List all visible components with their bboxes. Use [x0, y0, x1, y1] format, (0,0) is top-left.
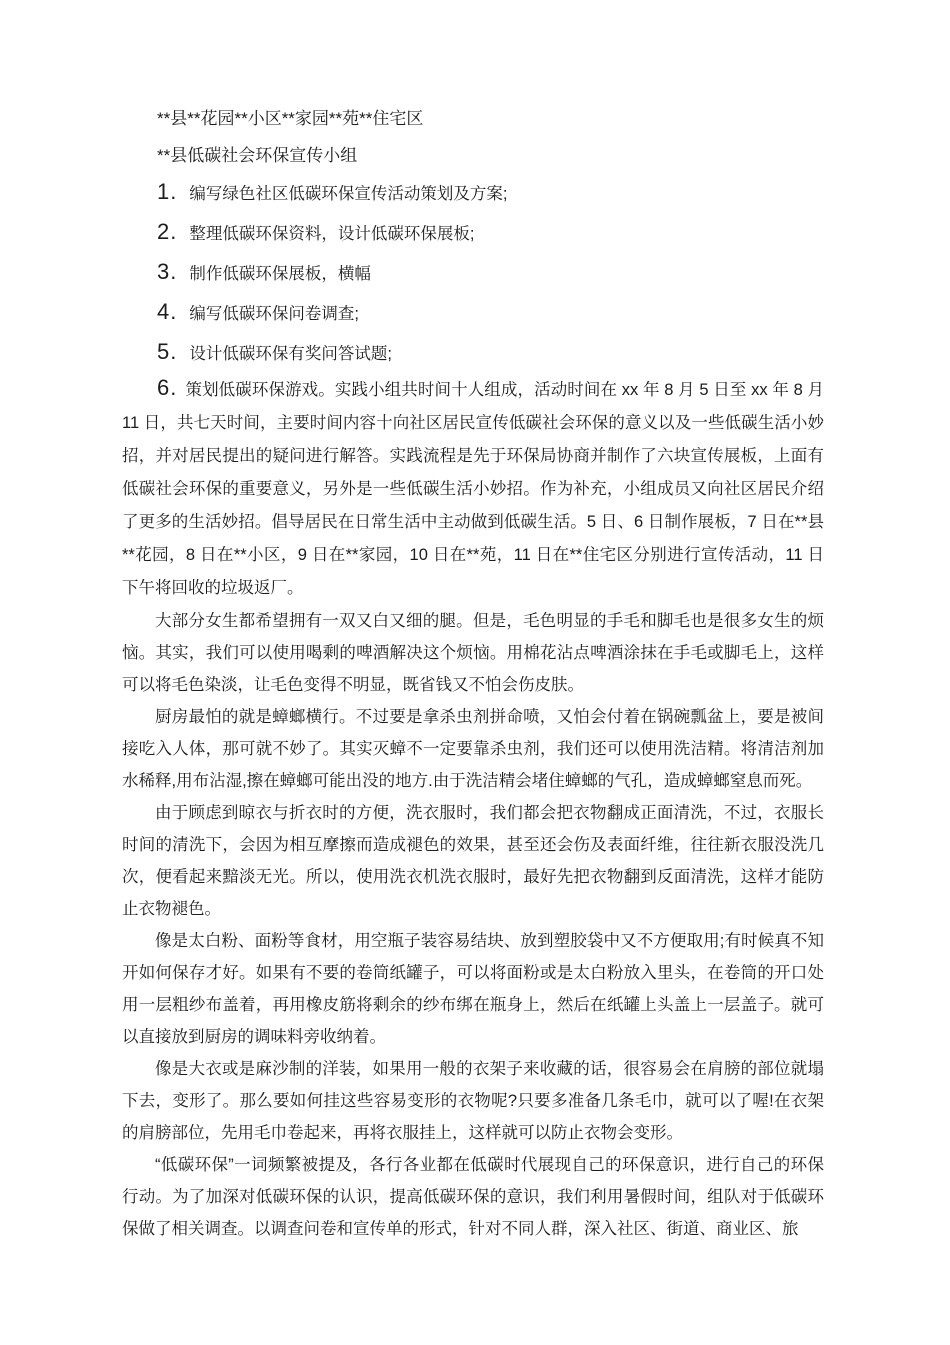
list-item-text: 整理低碳环保资料，设计低碳环保展板;	[189, 225, 474, 243]
list-item-3: 3.制作低碳环保展板，横幅	[122, 254, 824, 294]
paragraph-low-carbon-survey: “低碳环保”一词频繁被提及，各行各业都在低碳时代展现自己的环保意识，进行自己的环…	[122, 1149, 824, 1245]
list-item-4: 4.编写低碳环保问卷调查;	[122, 294, 824, 334]
list-item-2: 2.整理低碳环保资料，设计低碳环保展板;	[122, 214, 824, 254]
paragraph-flour-storage-tip: 像是太白粉、面粉等食材，用空瓶子装容易结块、放到塑胶袋中又不方便取用;有时候真不…	[122, 925, 824, 1053]
heading-line-group: **县低碳社会环保宣传小组	[122, 137, 824, 174]
list-item-text: 策划低碳环保游戏。实践小组共时间十人组成，活动时间在 xx 年 8 月 5 日至…	[122, 381, 824, 597]
paragraph-cockroach-tip: 厨房最怕的就是蟑螂横行。不过要是拿杀虫剂拼命喷，又怕会付着在锅碗瓢盆上，要是被间…	[122, 701, 824, 797]
paragraph-beer-hair-tip: 大部分女生都希望拥有一双又白又细的腿。但是，毛色明显的手毛和脚毛也是很多女生的烦…	[122, 605, 824, 701]
paragraph-coat-hanger-tip: 像是大衣或是麻沙制的洋装，如果用一般的衣架子来收藏的话，很容易会在肩膀的部位就塌…	[122, 1053, 824, 1149]
list-item-number: 1.	[157, 179, 177, 204]
list-item-6: 6.策划低碳环保游戏。实践小组共时间十人组成，活动时间在 xx 年 8 月 5 …	[122, 374, 824, 605]
list-item-number: 5.	[157, 339, 177, 364]
document-page: **县**花园**小区**家园**苑**住宅区 **县低碳社会环保宣传小组 1.…	[0, 0, 950, 1345]
paragraph-laundry-tip: 由于顾虑到晾衣与折衣时的方便，洗衣服时，我们都会把衣物翻成正面清洗，不过，衣服长…	[122, 797, 824, 925]
list-item-text: 编写低碳环保问卷调查;	[189, 305, 359, 323]
list-item-number: 3.	[157, 259, 177, 284]
list-item-text: 编写绿色社区低碳环保宣传活动策划及方案;	[189, 185, 507, 203]
heading-line-location: **县**花园**小区**家园**苑**住宅区	[122, 100, 824, 137]
document-content: **县**花园**小区**家园**苑**住宅区 **县低碳社会环保宣传小组 1.…	[122, 100, 824, 1245]
list-item-5: 5.设计低碳环保有奖问答试题;	[122, 334, 824, 374]
list-item-text: 设计低碳环保有奖问答试题;	[189, 345, 392, 363]
list-item-number: 6.	[157, 375, 177, 400]
list-item-number: 2.	[157, 219, 177, 244]
list-item-text: 制作低碳环保展板，横幅	[189, 265, 371, 283]
list-item-1: 1.编写绿色社区低碳环保宣传活动策划及方案;	[122, 174, 824, 214]
list-item-number: 4.	[157, 299, 177, 324]
